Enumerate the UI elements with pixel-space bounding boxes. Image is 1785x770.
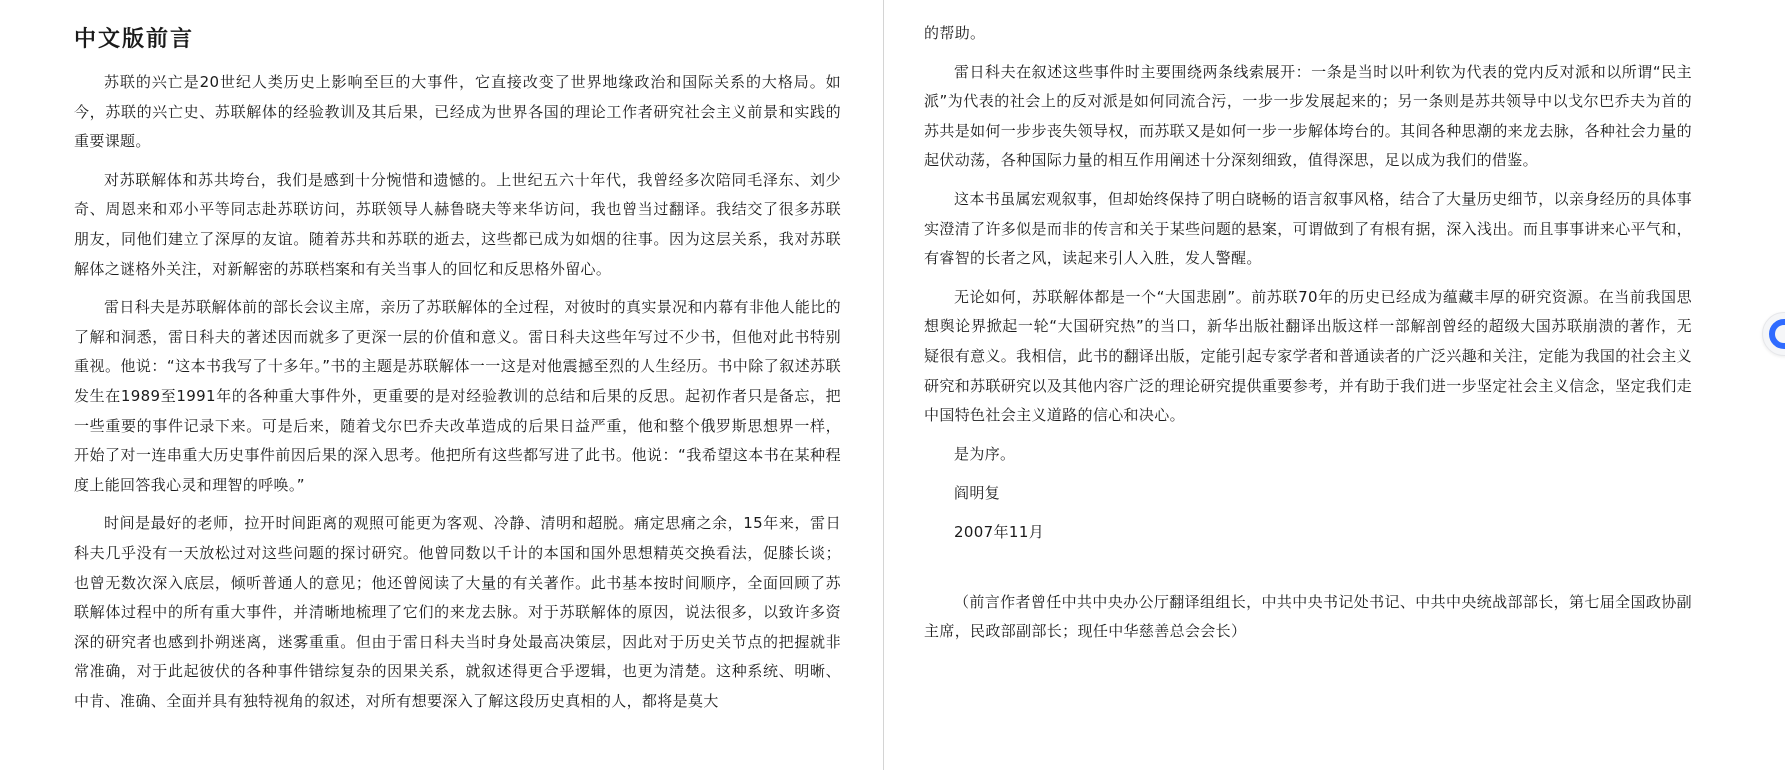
continuation-text: 的帮助。 xyxy=(924,19,1692,49)
closing-line: 是为序。 xyxy=(924,440,1692,470)
paragraph: 雷日科夫是苏联解体前的部长会议主席，亲历了苏联解体的全过程，对彼时的真实景况和内… xyxy=(74,293,841,500)
right-page-body: 的帮助。 雷日科夫在叙述这些事件时主要围绕两条线索展开：一条是当时以叶利钦为代表… xyxy=(924,19,1692,656)
page-title: 中文版前言 xyxy=(74,22,194,53)
author-signature: 阎明复 xyxy=(924,479,1692,509)
paragraph: 无论如何，苏联解体都是一个“大国悲剧”。前苏联70年的历史已经成为蕴藏丰厚的研究… xyxy=(924,283,1692,431)
paragraph: 时间是最好的老师，拉开时间距离的观照可能更为客观、冷静、清明和超脱。痛定思痛之余… xyxy=(74,509,841,716)
author-note: （前言作者曾任中共中央办公厅翻译组组长，中共中央书记处书记、中共中央统战部部长，… xyxy=(924,588,1692,647)
left-page-body: 苏联的兴亡是20世纪人类历史上影响至巨的大事件，它直接改变了世界地缘政治和国际关… xyxy=(74,68,841,725)
paragraph: 雷日科夫在叙述这些事件时主要围绕两条线索展开：一条是当时以叶利钦为代表的党内反对… xyxy=(924,58,1692,176)
left-page: 中文版前言 苏联的兴亡是20世纪人类历史上影响至巨的大事件，它直接改变了世界地缘… xyxy=(0,0,883,770)
paragraph: 对苏联解体和苏共垮台，我们是感到十分惋惜和遗憾的。上世纪五六十年代，我曾经多次陪… xyxy=(74,166,841,284)
paragraph: 苏联的兴亡是20世纪人类历史上影响至巨的大事件，它直接改变了世界地缘政治和国际关… xyxy=(74,68,841,157)
paragraph: 这本书虽属宏观叙事，但却始终保持了明白晓畅的语言叙事风格，结合了大量历史细节，以… xyxy=(924,185,1692,274)
date-line: 2007年11月 xyxy=(924,518,1692,548)
assistant-ring-icon xyxy=(1769,319,1785,349)
